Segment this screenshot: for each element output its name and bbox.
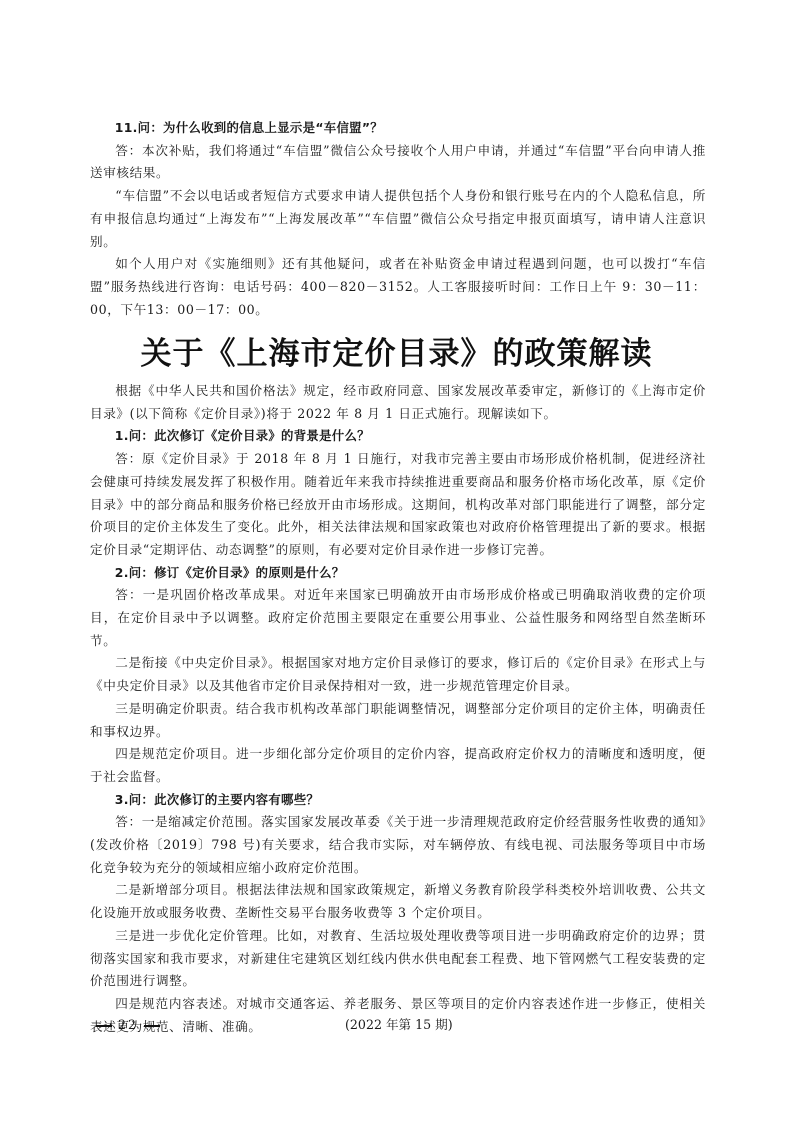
- section-paragraph: 答：原《定价目录》于 2018 年 8 月 1 日施行，对我市完善主要由市场形成…: [90, 448, 706, 562]
- section-paragraph: 三是进一步优化定价管理。比如，对教育、生活垃圾处理收费等项目进一步明确政府定价的…: [90, 925, 706, 993]
- section-paragraph: 答：一是巩固价格改革成果。对近年来国家已明确放开由市场形成价格或已明确取消收费的…: [90, 584, 706, 652]
- article-title: 关于《上海市定价目录》的政策解读: [0, 333, 793, 375]
- section-question-3: 3.问：此次修订的主要内容有哪些？: [90, 789, 706, 812]
- section-paragraph: 答：一是缩减定价范围。落实国家发展改革委《关于进一步清理规范政府定价经营服务性收…: [90, 811, 706, 879]
- section-question-1: 1.问：此次修订《定价目录》的背景是什么？: [90, 425, 706, 448]
- page-number-text: 22: [118, 1017, 138, 1032]
- dash-right: [144, 1025, 160, 1027]
- faq-answer-paragraph: “车信盟”不会以电话或者短信方式要求申请人提供包括个人身份和银行账号在内的个人隐…: [90, 185, 706, 253]
- dash-left: [96, 1025, 112, 1027]
- section-paragraph: 二是衔接《中央定价目录》。根据国家对地方定价目录修订的要求，修订后的《定价目录》…: [90, 652, 706, 697]
- faq-question-11: 11.问：为什么收到的信息上显示是“车信盟”？: [90, 117, 706, 140]
- page-number: 22: [90, 1014, 166, 1036]
- article-intro: 根据《中华人民共和国价格法》规定，经市政府同意、国家发展改革委审定，新修订的《上…: [90, 380, 706, 425]
- section-paragraph: 二是新增部分项目。根据法律法规和国家政策规定，新增义务教育阶段学科类校外培训收费…: [90, 879, 706, 924]
- issue-label: (2022 年第 15 期): [345, 1014, 453, 1036]
- page-footer: 22 (2022 年第 15 期): [90, 1014, 706, 1036]
- section-paragraph: 四是规范定价项目。进一步细化部分定价项目的定价内容，提高政府定价权力的清晰度和透…: [90, 743, 706, 788]
- article-body: 根据《中华人民共和国价格法》规定，经市政府同意、国家发展改革委审定，新修订的《上…: [90, 380, 706, 1038]
- previous-article-continuation: 11.问：为什么收到的信息上显示是“车信盟”？ 答：本次补贴，我们将通过“车信盟…: [90, 117, 706, 321]
- section-question-2: 2.问：修订《定价目录》的原则是什么？: [90, 562, 706, 585]
- faq-answer-paragraph: 答：本次补贴，我们将通过“车信盟”微信公众号接收个人用户申请，并通过“车信盟”平…: [90, 140, 706, 185]
- faq-answer-paragraph: 如个人用户对《实施细则》还有其他疑问，或者在补贴资金申请过程遇到问题，也可以拨打…: [90, 253, 706, 321]
- section-paragraph: 三是明确定价职责。结合我市机构改革部门职能调整情况，调整部分定价项目的定价主体，…: [90, 698, 706, 743]
